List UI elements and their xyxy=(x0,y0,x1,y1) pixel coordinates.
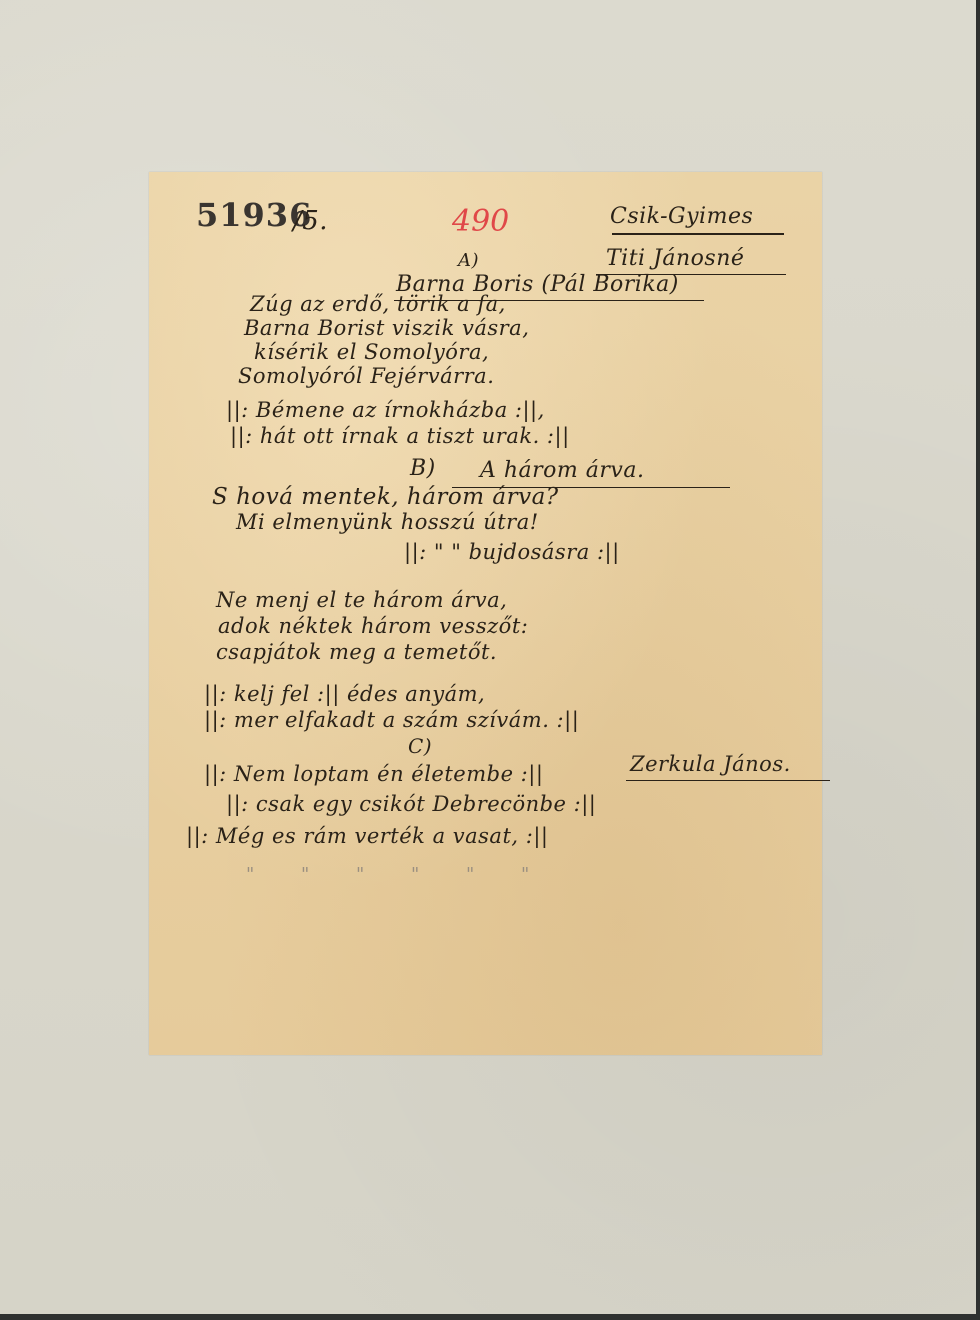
section-b-line-2: Mi elmenyünk hosszú útra! xyxy=(236,510,539,534)
section-b-line-5: adok néktek három vesszőt: xyxy=(218,614,528,638)
section-b-line-7: ||: kelj fel :|| édes anyám, xyxy=(204,682,485,706)
section-b-title: A három árva. xyxy=(480,458,644,483)
red-page-number: 490 xyxy=(452,204,509,239)
section-a-line-1: Zúg az erdő, törik a fa, xyxy=(250,292,506,316)
inventory-suffix: /5. xyxy=(293,206,328,236)
section-c-line-2: ||: csak egy csikót Debrecönbe :|| xyxy=(226,792,596,816)
section-a-line-6: ||: hát ott írnak a tiszt urak. :|| xyxy=(230,424,570,448)
informant-top: Titi Jánosné xyxy=(606,246,744,271)
section-c-line-1: ||: Nem loptam én életembe :|| xyxy=(204,762,543,786)
section-b-line-3: ||: " " bujdosásra :|| xyxy=(404,540,620,564)
section-c-informant-underline xyxy=(626,780,830,781)
section-b-line-1: S hová mentek, három árva? xyxy=(212,484,559,510)
section-a-line-4: Somolyóról Fejérvárra. xyxy=(238,364,494,388)
pencil-ditto-marks: " " " " " " xyxy=(246,864,530,885)
section-b-line-8: ||: mer elfakadt a szám szívám. :|| xyxy=(204,708,579,732)
section-c-label: C) xyxy=(408,734,432,758)
region-label: Csik-Gyimes xyxy=(610,204,753,229)
region-underline xyxy=(612,233,784,235)
section-c-line-3: ||: Még es rám verték a vasat, :|| xyxy=(186,824,548,848)
section-b-line-6: csapjátok meg a temetőt. xyxy=(216,640,497,664)
section-b-line-4: Ne menj el te három árva, xyxy=(216,588,507,612)
section-a-line-2: Barna Borist viszik vásra, xyxy=(244,316,529,340)
section-a-label: A) xyxy=(458,250,479,271)
section-c-informant: Zerkula János. xyxy=(630,752,791,776)
section-a-line-3: kísérik el Somolyóra, xyxy=(254,340,489,364)
section-a-line-5: ||: Bémene az írnokházba :||, xyxy=(226,398,545,422)
section-b-label: B) xyxy=(410,456,436,481)
